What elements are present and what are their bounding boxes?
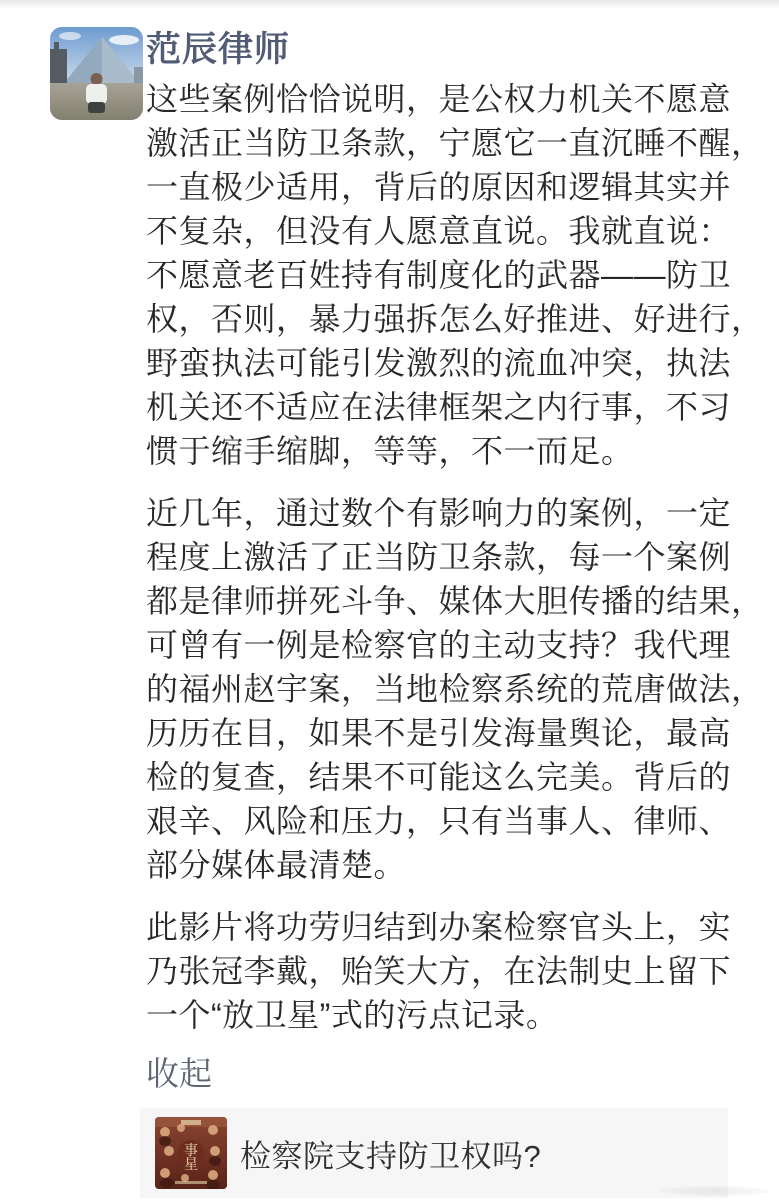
post-text-line: 一个“放卫星”式的污点记录。	[146, 993, 771, 1037]
post-text-line: 此影片将功劳归结到办案检察官头上，实	[146, 905, 771, 949]
post-body: 范辰律师 这些案例恰恰说明，是公权力机关不愿意激活正当防卫条款，宁愿它一直沉睡不…	[146, 27, 771, 1198]
post-text-line: 历历在目，如果不是引发海量舆论，最高	[146, 711, 771, 755]
post-text-line: 部分媒体最清楚。	[146, 843, 771, 887]
author-name[interactable]: 范辰律师	[146, 27, 290, 73]
post-text-line: 不复杂，但没有人愿意直说。我就直说：	[146, 209, 771, 253]
post-text-line: 不愿意老百姓持有制度化的武器——防卫	[146, 253, 771, 297]
post-text-line: 惯于缩手缩脚，等等，不一而足。	[146, 429, 771, 473]
post-text: 这些案例恰恰说明，是公权力机关不愿意激活正当防卫条款，宁愿它一直沉睡不醒，一直极…	[146, 77, 771, 1037]
post-paragraph: 这些案例恰恰说明，是公权力机关不愿意激活正当防卫条款，宁愿它一直沉睡不醒，一直极…	[146, 77, 771, 473]
post-text-line: 程度上激活了正当防卫条款，每一个案例	[146, 535, 771, 579]
post-paragraph: 此影片将功劳归结到办案检察官头上，实乃张冠李戴，贻笑大方，在法制史上留下一个“放…	[146, 905, 771, 1037]
screenshot-top-edge	[0, 0, 779, 9]
post-text-line: 机关还不适应在法律框架之内行事，不习	[146, 385, 771, 429]
avatar-photo-louvre	[50, 27, 143, 120]
post-text-line: 可曾有一例是检察官的主动支持？我代理	[146, 623, 771, 667]
movie-poster-icon: 事 星	[155, 1117, 227, 1189]
post-text-line: 激活正当防卫条款，宁愿它一直沉睡不醒，	[146, 121, 771, 165]
post-text-line: 检的复查，结果不可能这么完美。背后的	[146, 755, 771, 799]
link-card-thumbnail: 事 星	[155, 1117, 227, 1189]
post-paragraph: 近几年，通过数个有影响力的案例，一定程度上激活了正当防卫条款，每一个案例都是律师…	[146, 491, 771, 887]
link-card[interactable]: 事 星 检察院支持防卫权吗?	[140, 1108, 728, 1198]
svg-text:星: 星	[184, 1157, 198, 1173]
post-text-line: 这些案例恰恰说明，是公权力机关不愿意	[146, 77, 771, 121]
collapse-link[interactable]: 收起	[146, 1055, 212, 1093]
post-text-line: 乃张冠李戴，贻笑大方，在法制史上留下	[146, 949, 771, 993]
screenshot-bottom-artifact	[660, 1186, 770, 1196]
avatar[interactable]	[50, 27, 143, 120]
post-text-line: 野蛮执法可能引发激烈的流血冲突，执法	[146, 341, 771, 385]
post-text-line: 都是律师拼死斗争、媒体大胆传播的结果，	[146, 579, 771, 623]
post-text-line: 近几年，通过数个有影响力的案例，一定	[146, 491, 771, 535]
post-text-line: 艰辛、风险和压力，只有当事人、律师、	[146, 799, 771, 843]
link-card-title: 检察院支持防卫权吗?	[240, 1131, 541, 1176]
post-text-line: 权，否则，暴力强拆怎么好推进、好进行，	[146, 297, 771, 341]
post-text-line: 的福州赵宇案，当地检察系统的荒唐做法，	[146, 667, 771, 711]
post-text-line: 一直极少适用，背后的原因和逻辑其实并	[146, 165, 771, 209]
